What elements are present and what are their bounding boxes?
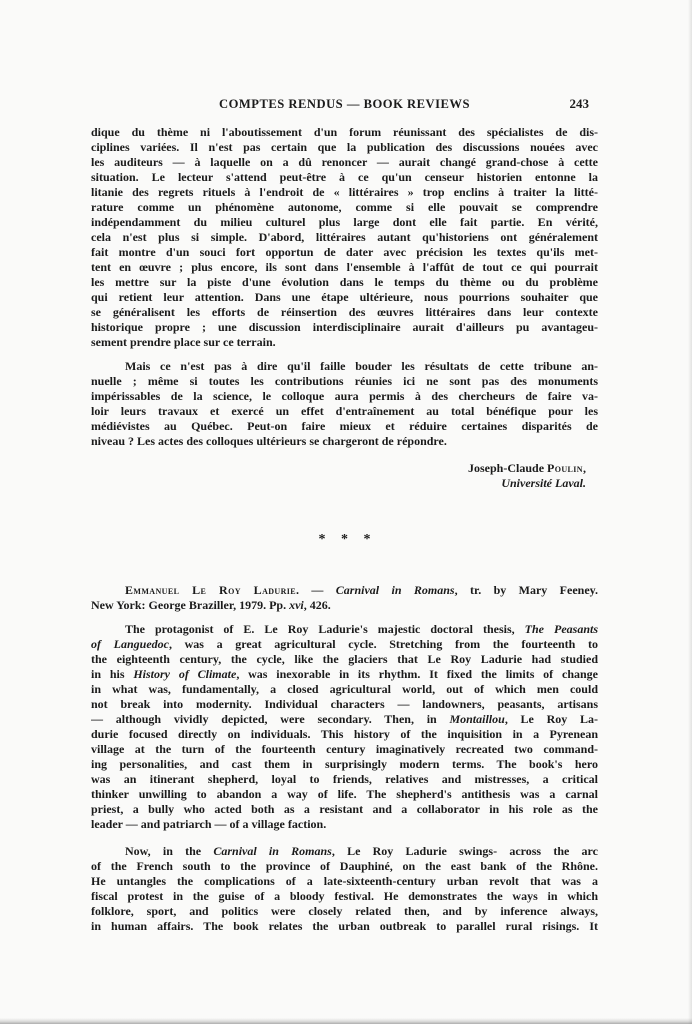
text-line: Now, in the Carnival in Romans, Le Roy L… [91, 844, 598, 859]
text-line: village at the turn of the fourteenth ce… [91, 742, 598, 757]
text-line: les mettre sur la piste d'une évolution … [91, 275, 598, 290]
text-line: fiscal protest in the guise of a bloody … [91, 889, 598, 904]
text-line: thinker unwilling to abandon a way of li… [91, 787, 598, 802]
page-content: COMPTES RENDUS — BOOK REVIEWS 243 dique … [91, 96, 598, 943]
text-line: priest, a bully who acted both as a resi… [91, 802, 598, 817]
text-line: in what was, fundamentally, a closed agr… [91, 682, 598, 697]
text-line: of Languedoc, was a great agricultural c… [91, 637, 598, 652]
text-line: historique propre ; une discussion inter… [91, 320, 598, 335]
text-line: not break into modernity. Individual cha… [91, 697, 598, 712]
text-line: rature comme un phénomène autonome, comm… [91, 200, 598, 215]
paragraph: Mais ce n'est pas à dire qu'il faille bo… [91, 359, 598, 449]
text-line: in human affairs. The book relates the u… [91, 919, 598, 934]
text-line: of the French south to the province of D… [91, 859, 598, 874]
text-line: nuelle ; même si toutes les contribution… [91, 374, 598, 389]
scan-edge-right [688, 0, 692, 1024]
review1-body: dique du thème ni l'aboutissement d'un f… [91, 125, 598, 449]
signature-name: Joseph-Claude Poulin, [91, 461, 586, 476]
text-line: He untangles the complications of a late… [91, 874, 598, 889]
text-line: New York: George Braziller, 1979. Pp. xv… [91, 598, 598, 613]
text-line: médiévistes au Québec. Peut-on faire mie… [91, 419, 598, 434]
text-line: litanie des regrets rituels à l'endroit … [91, 185, 598, 200]
text-line: situation. Le lecteur s'attend peut-être… [91, 170, 598, 185]
text-line: loir leurs travaux et exercé un effet d'… [91, 404, 598, 419]
scanned-page: COMPTES RENDUS — BOOK REVIEWS 243 dique … [0, 0, 692, 1024]
text-line: folklore, sport, and politics were close… [91, 904, 598, 919]
scan-edge-bottom [0, 1018, 692, 1024]
text-line: tent en œuvre ; plus encore, ils sont da… [91, 260, 598, 275]
section-separator: * * * [91, 532, 598, 547]
paragraph: Now, in the Carnival in Romans, Le Roy L… [91, 844, 598, 934]
header-title: COMPTES RENDUS — BOOK REVIEWS [219, 97, 470, 111]
text-line: fait montre d'un souci fort opportun de … [91, 245, 598, 260]
text-line: in his History of Climate, was inexorabl… [91, 667, 598, 682]
paragraph: Emmanuel Le Roy Ladurie. — Carnival in R… [91, 583, 598, 613]
text-line: was an itinerant shepherd, loyal to frie… [91, 772, 598, 787]
text-line: les auditeurs — à laquelle on a dû renon… [91, 155, 598, 170]
signature-affiliation: Université Laval. [91, 476, 586, 491]
text-line: qui retient leur attention. Dans une éta… [91, 290, 598, 305]
text-line: se généralisent les efforts de réinserti… [91, 305, 598, 320]
text-line: leader — and patriarch — of a village fa… [91, 817, 598, 832]
text-line: niveau ? Les actes des colloques ultérie… [91, 434, 598, 449]
paragraph: dique du thème ni l'aboutissement d'un f… [91, 125, 598, 350]
running-header: COMPTES RENDUS — BOOK REVIEWS 243 [91, 96, 598, 111]
review2-body: The protagonist of E. Le Roy Ladurie's m… [91, 622, 598, 934]
text-line: cela n'est plus si simple. D'abord, litt… [91, 230, 598, 245]
text-line: the eighteenth century, the cycle, like … [91, 652, 598, 667]
text-line: durie focused directly on individuals. T… [91, 727, 598, 742]
text-line: Emmanuel Le Roy Ladurie. — Carnival in R… [91, 583, 598, 598]
text-line: impérissables de la science, le colloque… [91, 389, 598, 404]
text-line: The protagonist of E. Le Roy Ladurie's m… [91, 622, 598, 637]
text-line: ing personalities, and cast them in surp… [91, 757, 598, 772]
paragraph: The protagonist of E. Le Roy Ladurie's m… [91, 622, 598, 832]
text-line: sement prendre place sur ce terrain. [91, 335, 598, 350]
page-number: 243 [570, 96, 590, 111]
text-line: dique du thème ni l'aboutissement d'un f… [91, 125, 598, 140]
signature-block: Joseph-Claude Poulin, Université Laval. [91, 461, 598, 491]
text-line: — although vividly depicted, were second… [91, 712, 598, 727]
book-citation: Emmanuel Le Roy Ladurie. — Carnival in R… [91, 583, 598, 613]
text-line: ciplines variées. Il n'est pas certain q… [91, 140, 598, 155]
text-line: Mais ce n'est pas à dire qu'il faille bo… [91, 359, 598, 374]
text-line: indépendamment du milieu culturel plus l… [91, 215, 598, 230]
